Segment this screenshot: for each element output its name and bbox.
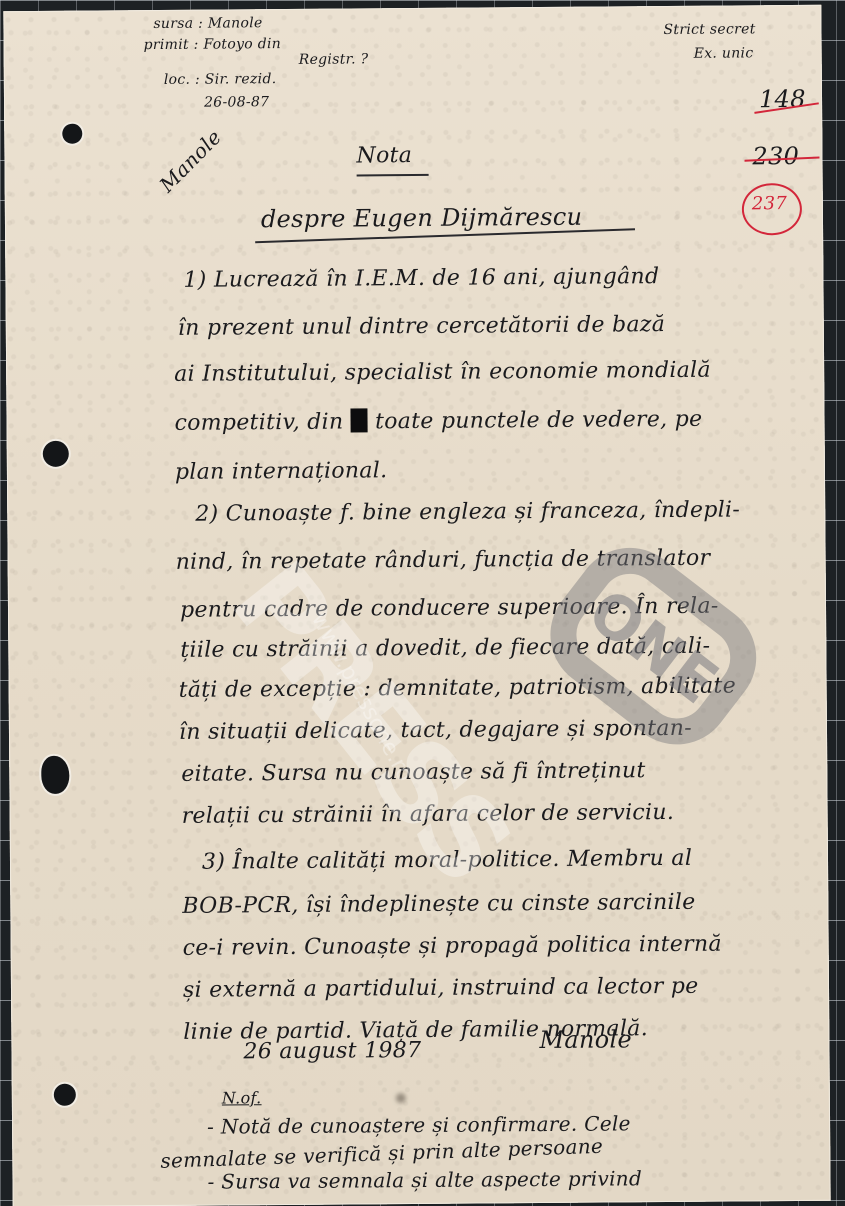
punch-hole [54, 1084, 76, 1106]
classification-label: Strict secret [663, 21, 755, 39]
body-text: competitiv, din [174, 410, 343, 436]
document-date: 26 august 1987 [243, 1038, 421, 1065]
body-line: ai Institutului, specialist în economie … [174, 358, 711, 388]
body-line: ce-i revin. Cunoaște și propagă politica… [183, 932, 722, 962]
punch-hole [62, 124, 82, 144]
title-underline [357, 174, 429, 177]
body-text: toate punctele de vedere, pe [375, 407, 703, 435]
footnote-line: - Sursa va semnala și alte aspecte privi… [207, 1166, 642, 1193]
header-left-line: Registr. ? [299, 51, 369, 69]
body-line: competitiv, din toate punctele de vedere… [174, 406, 702, 437]
current-page-number: 237 [752, 193, 787, 214]
struck-page-number: 230 [752, 142, 799, 170]
header-left-line: sursa : Manole [153, 15, 262, 33]
body-line: 1) Lucrează în I.E.M. de 16 ani, ajungân… [183, 264, 659, 294]
document-page: sursa : Manole primit : Fotoyo din Regis… [3, 5, 830, 1206]
body-line: și externă a partidului, instruind ca le… [183, 974, 699, 1004]
redaction-block [351, 408, 368, 432]
body-line: plan internațional. [175, 458, 388, 486]
punch-hole [41, 756, 69, 794]
margin-annotation: Manole [155, 125, 226, 197]
document-title: Nota [356, 143, 412, 168]
header-left-line: loc. : Sir. rezid. [164, 71, 277, 89]
body-line: în prezent unul dintre cercetătorii de b… [178, 312, 666, 342]
copy-label: Ex. unic [694, 45, 754, 62]
document-subtitle: despre Eugen Dijmărescu [261, 203, 583, 234]
paper-smudge [396, 1093, 406, 1103]
body-line: 2) Cunoaște f. bine engleza și franceza,… [195, 497, 740, 527]
header-left-line: primit : Fotoyo din [144, 36, 282, 54]
signature: Manole [539, 1026, 632, 1053]
header-left-date: 26-08-87 [204, 94, 269, 112]
footnote-label: N.of. [222, 1089, 262, 1106]
punch-hole [43, 441, 69, 467]
